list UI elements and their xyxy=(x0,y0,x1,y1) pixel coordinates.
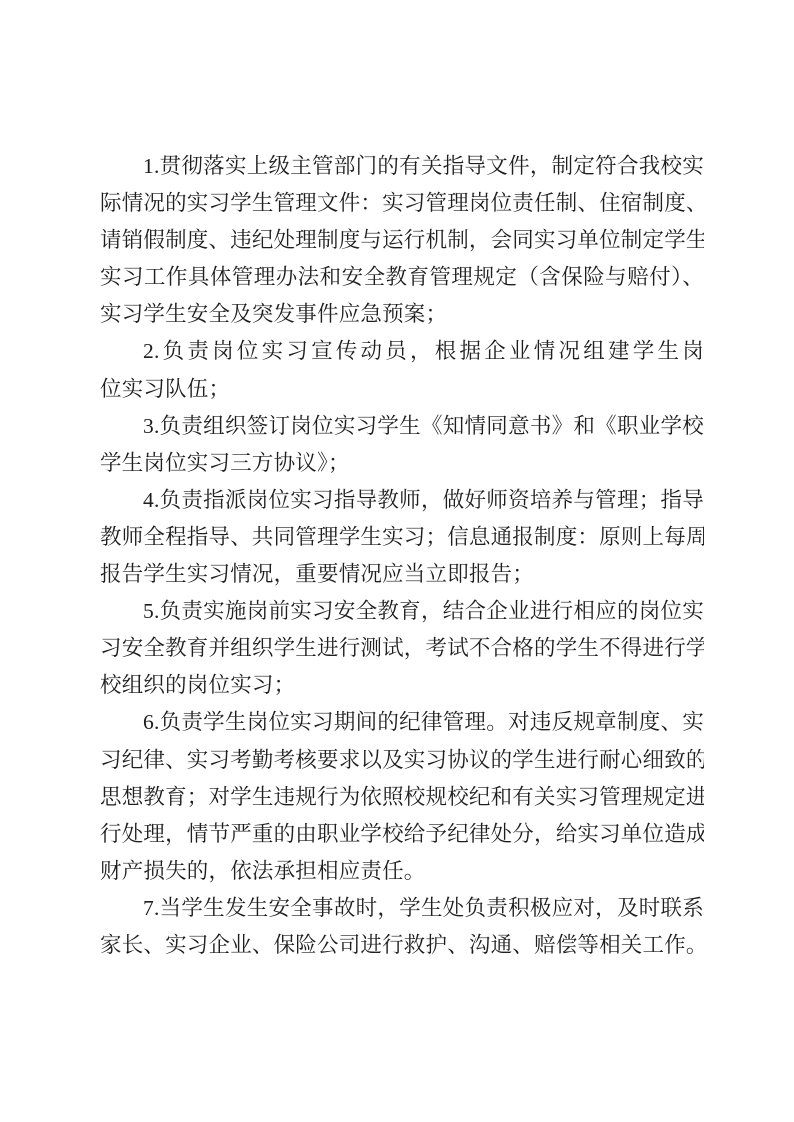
text-line: 教师全程指导、共同管理学生实习；信息通报制度：原则上每周 xyxy=(100,519,704,556)
text-line: 7.当学生发生安全事故时，学生处负责积极应对，及时联系 xyxy=(100,890,704,927)
paragraph-4: 4.负责指派岗位实习指导教师，做好师资培养与管理；指导教师全程指导、共同管理学生… xyxy=(100,482,704,593)
paragraph-1: 1.贯彻落实上级主管部门的有关指导文件，制定符合我校实际情况的实习学生管理文件：… xyxy=(100,148,704,333)
document-page: 1.贯彻落实上级主管部门的有关指导文件，制定符合我校实际情况的实习学生管理文件：… xyxy=(0,0,794,1122)
text-line: 实习学生安全及突发事件应急预案； xyxy=(100,296,704,333)
text-line: 6.负责学生岗位实习期间的纪律管理。对违反规章制度、实 xyxy=(100,704,704,741)
text-line: 2.负责岗位实习宣传动员，根据企业情况组建学生岗 xyxy=(100,333,704,370)
text-line: 请销假制度、违纪处理制度与运行机制，会同实习单位制定学生 xyxy=(100,222,704,259)
text-line: 实习工作具体管理办法和安全教育管理规定（含保险与赔付）、 xyxy=(100,259,704,296)
paragraph-6: 6.负责学生岗位实习期间的纪律管理。对违反规章制度、实习纪律、实习考勤考核要求以… xyxy=(100,704,704,889)
text-line: 4.负责指派岗位实习指导教师，做好师资培养与管理；指导 xyxy=(100,482,704,519)
text-line: 学生岗位实习三方协议》； xyxy=(100,445,704,482)
text-line: 财产损失的，依法承担相应责任。 xyxy=(100,853,704,890)
text-line: 报告学生实习情况，重要情况应当立即报告； xyxy=(100,556,704,593)
text-line: 行处理，情节严重的由职业学校给予纪律处分，给实习单位造成 xyxy=(100,816,704,853)
paragraph-7: 7.当学生发生安全事故时，学生处负责积极应对，及时联系家长、实习企业、保险公司进… xyxy=(100,890,704,964)
text-line: 位实习队伍； xyxy=(100,371,704,408)
paragraph-2: 2.负责岗位实习宣传动员，根据企业情况组建学生岗位实习队伍； xyxy=(100,333,704,407)
text-line: 际情况的实习学生管理文件：实习管理岗位责任制、住宿制度、 xyxy=(100,185,704,222)
text-line: 思想教育；对学生违规行为依照校规校纪和有关实习管理规定进 xyxy=(100,779,704,816)
paragraph-5: 5.负责实施岗前实习安全教育，结合企业进行相应的岗位实习安全教育并组织学生进行测… xyxy=(100,593,704,704)
document-body: 1.贯彻落实上级主管部门的有关指导文件，制定符合我校实际情况的实习学生管理文件：… xyxy=(100,148,704,964)
text-line: 校组织的岗位实习； xyxy=(100,667,704,704)
text-line: 5.负责实施岗前实习安全教育，结合企业进行相应的岗位实 xyxy=(100,593,704,630)
text-line: 习纪律、实习考勤考核要求以及实习协议的学生进行耐心细致的 xyxy=(100,742,704,779)
text-line: 1.贯彻落实上级主管部门的有关指导文件，制定符合我校实 xyxy=(100,148,704,185)
text-line: 家长、实习企业、保险公司进行救护、沟通、赔偿等相关工作。 xyxy=(100,927,704,964)
text-line: 3.负责组织签订岗位实习学生《知情同意书》和《职业学校 xyxy=(100,408,704,445)
paragraph-3: 3.负责组织签订岗位实习学生《知情同意书》和《职业学校学生岗位实习三方协议》； xyxy=(100,408,704,482)
text-line: 习安全教育并组织学生进行测试，考试不合格的学生不得进行学 xyxy=(100,630,704,667)
